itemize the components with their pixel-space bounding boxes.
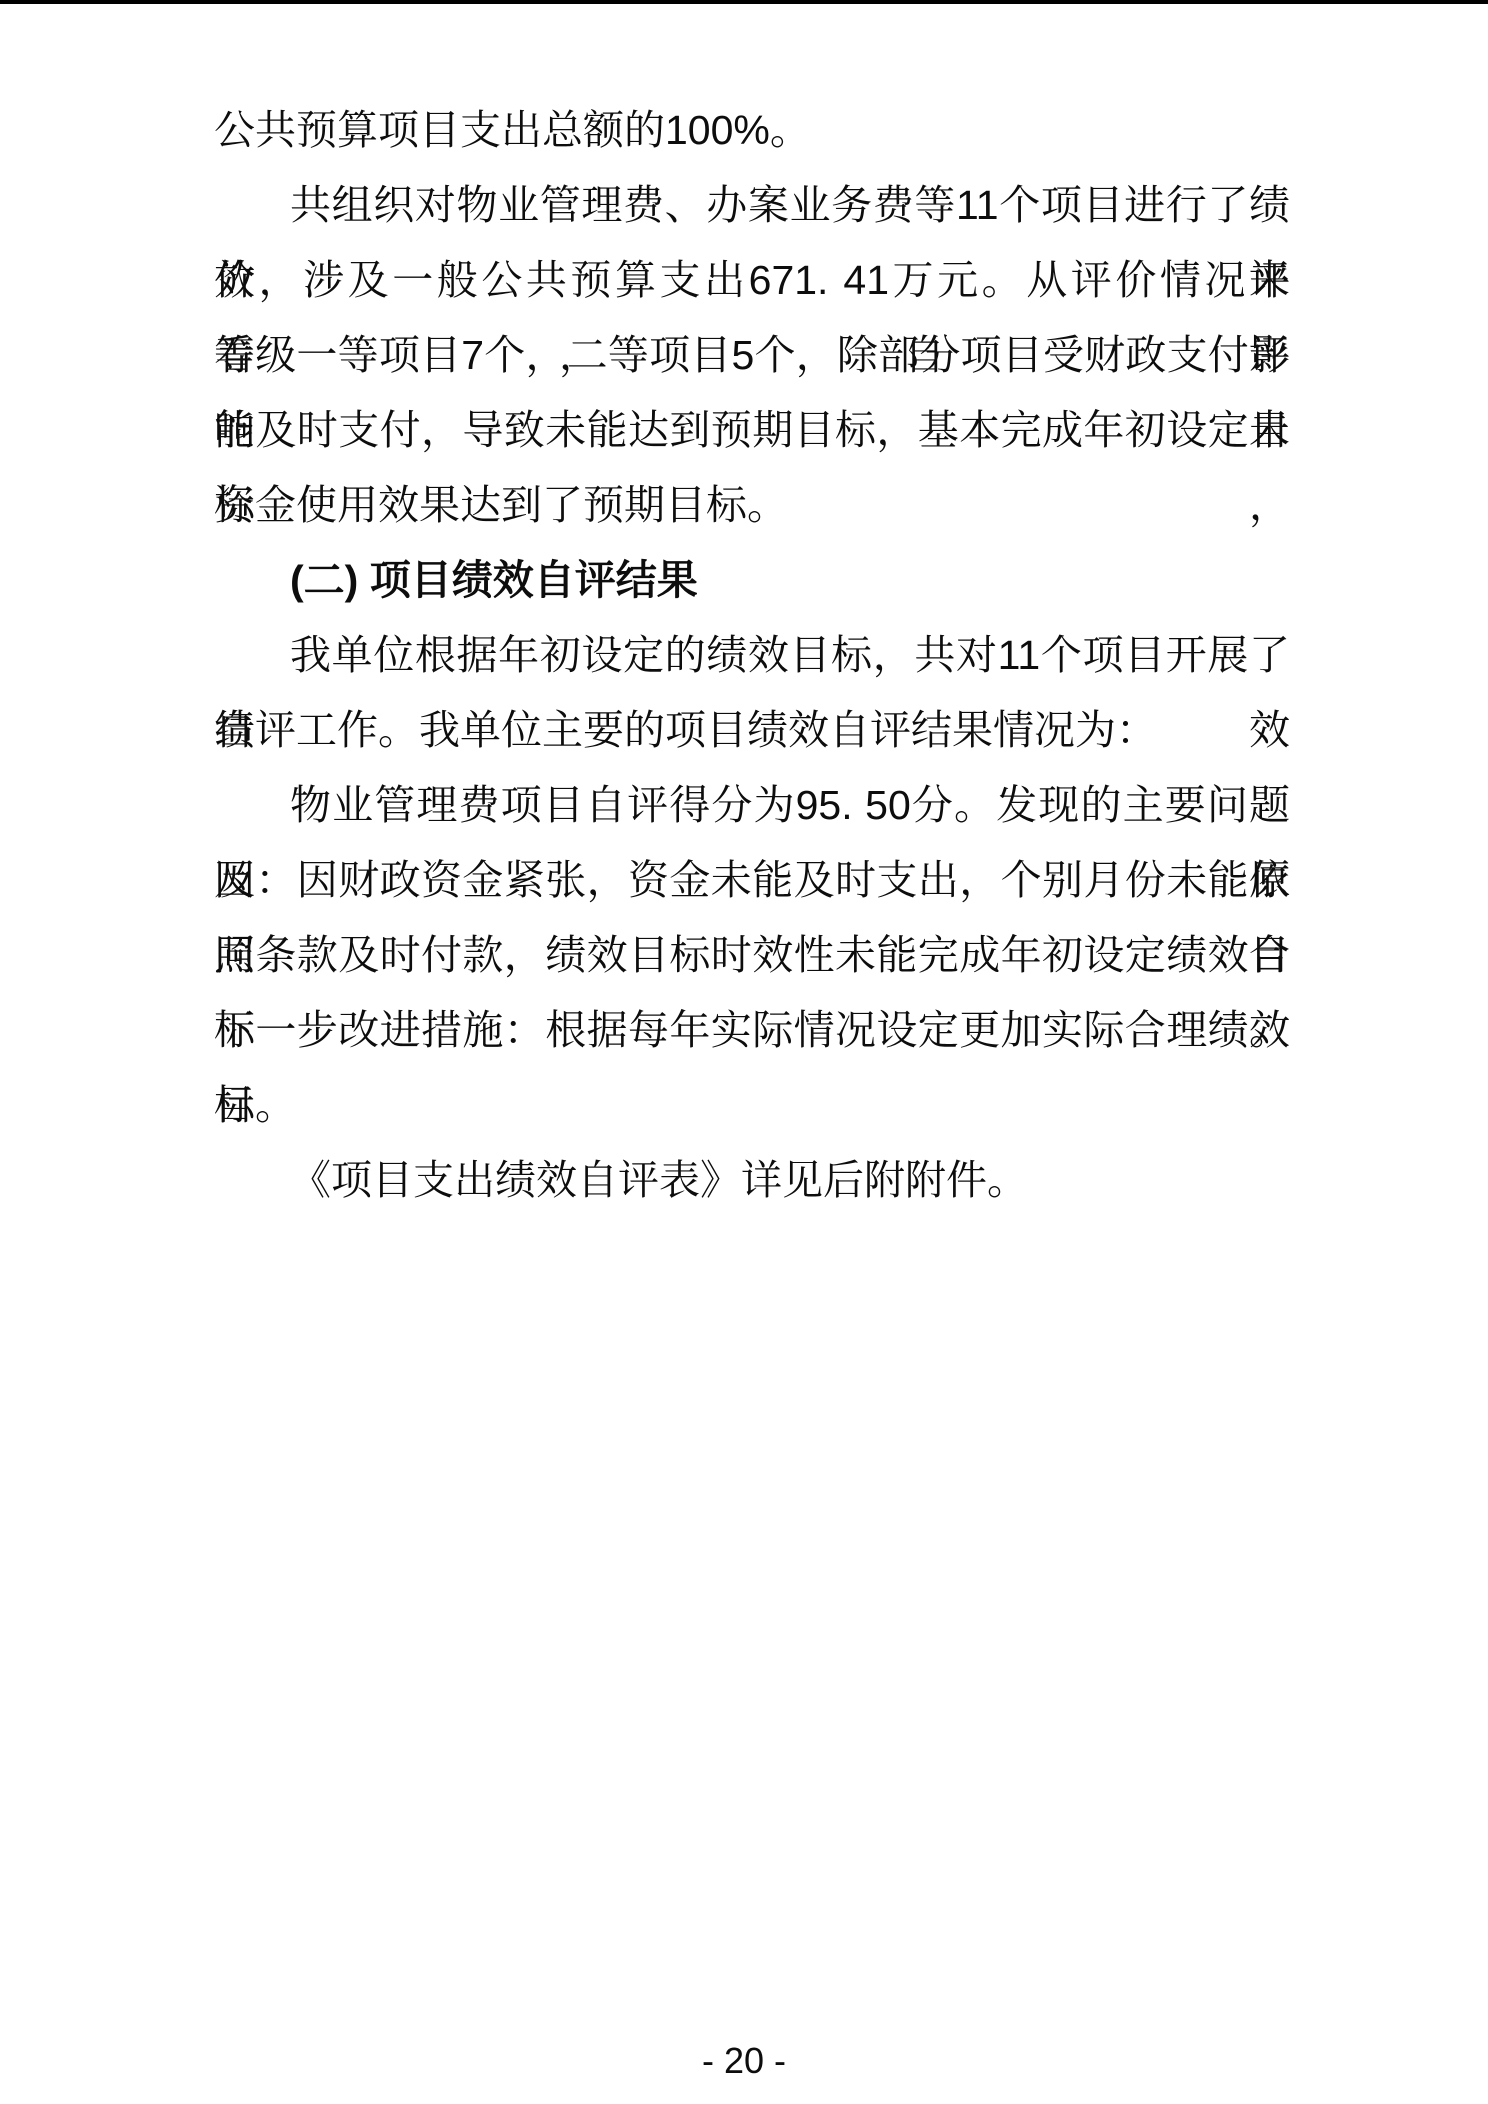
text-line: 公共预算项目支出总额的100%。 <box>214 93 1290 168</box>
text-line: 《项目支出绩效自评表》详见后附附件。 <box>214 1143 1290 1218</box>
text-line: 能及时支付，导致未能达到预期目标，基本完成年初设定目标， <box>214 393 1290 468</box>
section-heading: (二) 项目绩效自评结果 <box>214 543 1290 618</box>
text-line: 同条款及时付款，绩效目标时效性未能完成年初设定绩效目标。 <box>214 918 1290 993</box>
text-line: 共组织对物业管理费、办案业务费等11个项目进行了绩效评 <box>214 168 1290 243</box>
text-line: 等级一等项目7个，二等项目5个，除部分项目受财政支付影响未 <box>214 318 1290 393</box>
top-edge-bar <box>0 0 1488 4</box>
text-line: 物业管理费项目自评得分为95. 50分。发现的主要问题及原 <box>214 768 1290 843</box>
text-line: 价，涉及一般公共预算支出671. 41万元。从评价情况来看，自评 <box>214 243 1290 318</box>
text-line: 自评工作。我单位主要的项目绩效自评结果情况为： <box>214 693 1290 768</box>
page-number: - 20 - <box>0 2040 1488 2082</box>
text-line: 因：因财政资金紧张，资金未能及时支出，个别月份未能依照合 <box>214 843 1290 918</box>
document-page: 公共预算项目支出总额的100%。共组织对物业管理费、办案业务费等11个项目进行了… <box>0 0 1488 2104</box>
text-line: 下一步改进措施：根据每年实际情况设定更加实际合理绩效目 <box>214 993 1290 1068</box>
page-body: 公共预算项目支出总额的100%。共组织对物业管理费、办案业务费等11个项目进行了… <box>214 93 1290 1218</box>
text-line: 我单位根据年初设定的绩效目标，共对11个项目开展了绩效 <box>214 618 1290 693</box>
text-line: 标。 <box>214 1068 1290 1143</box>
